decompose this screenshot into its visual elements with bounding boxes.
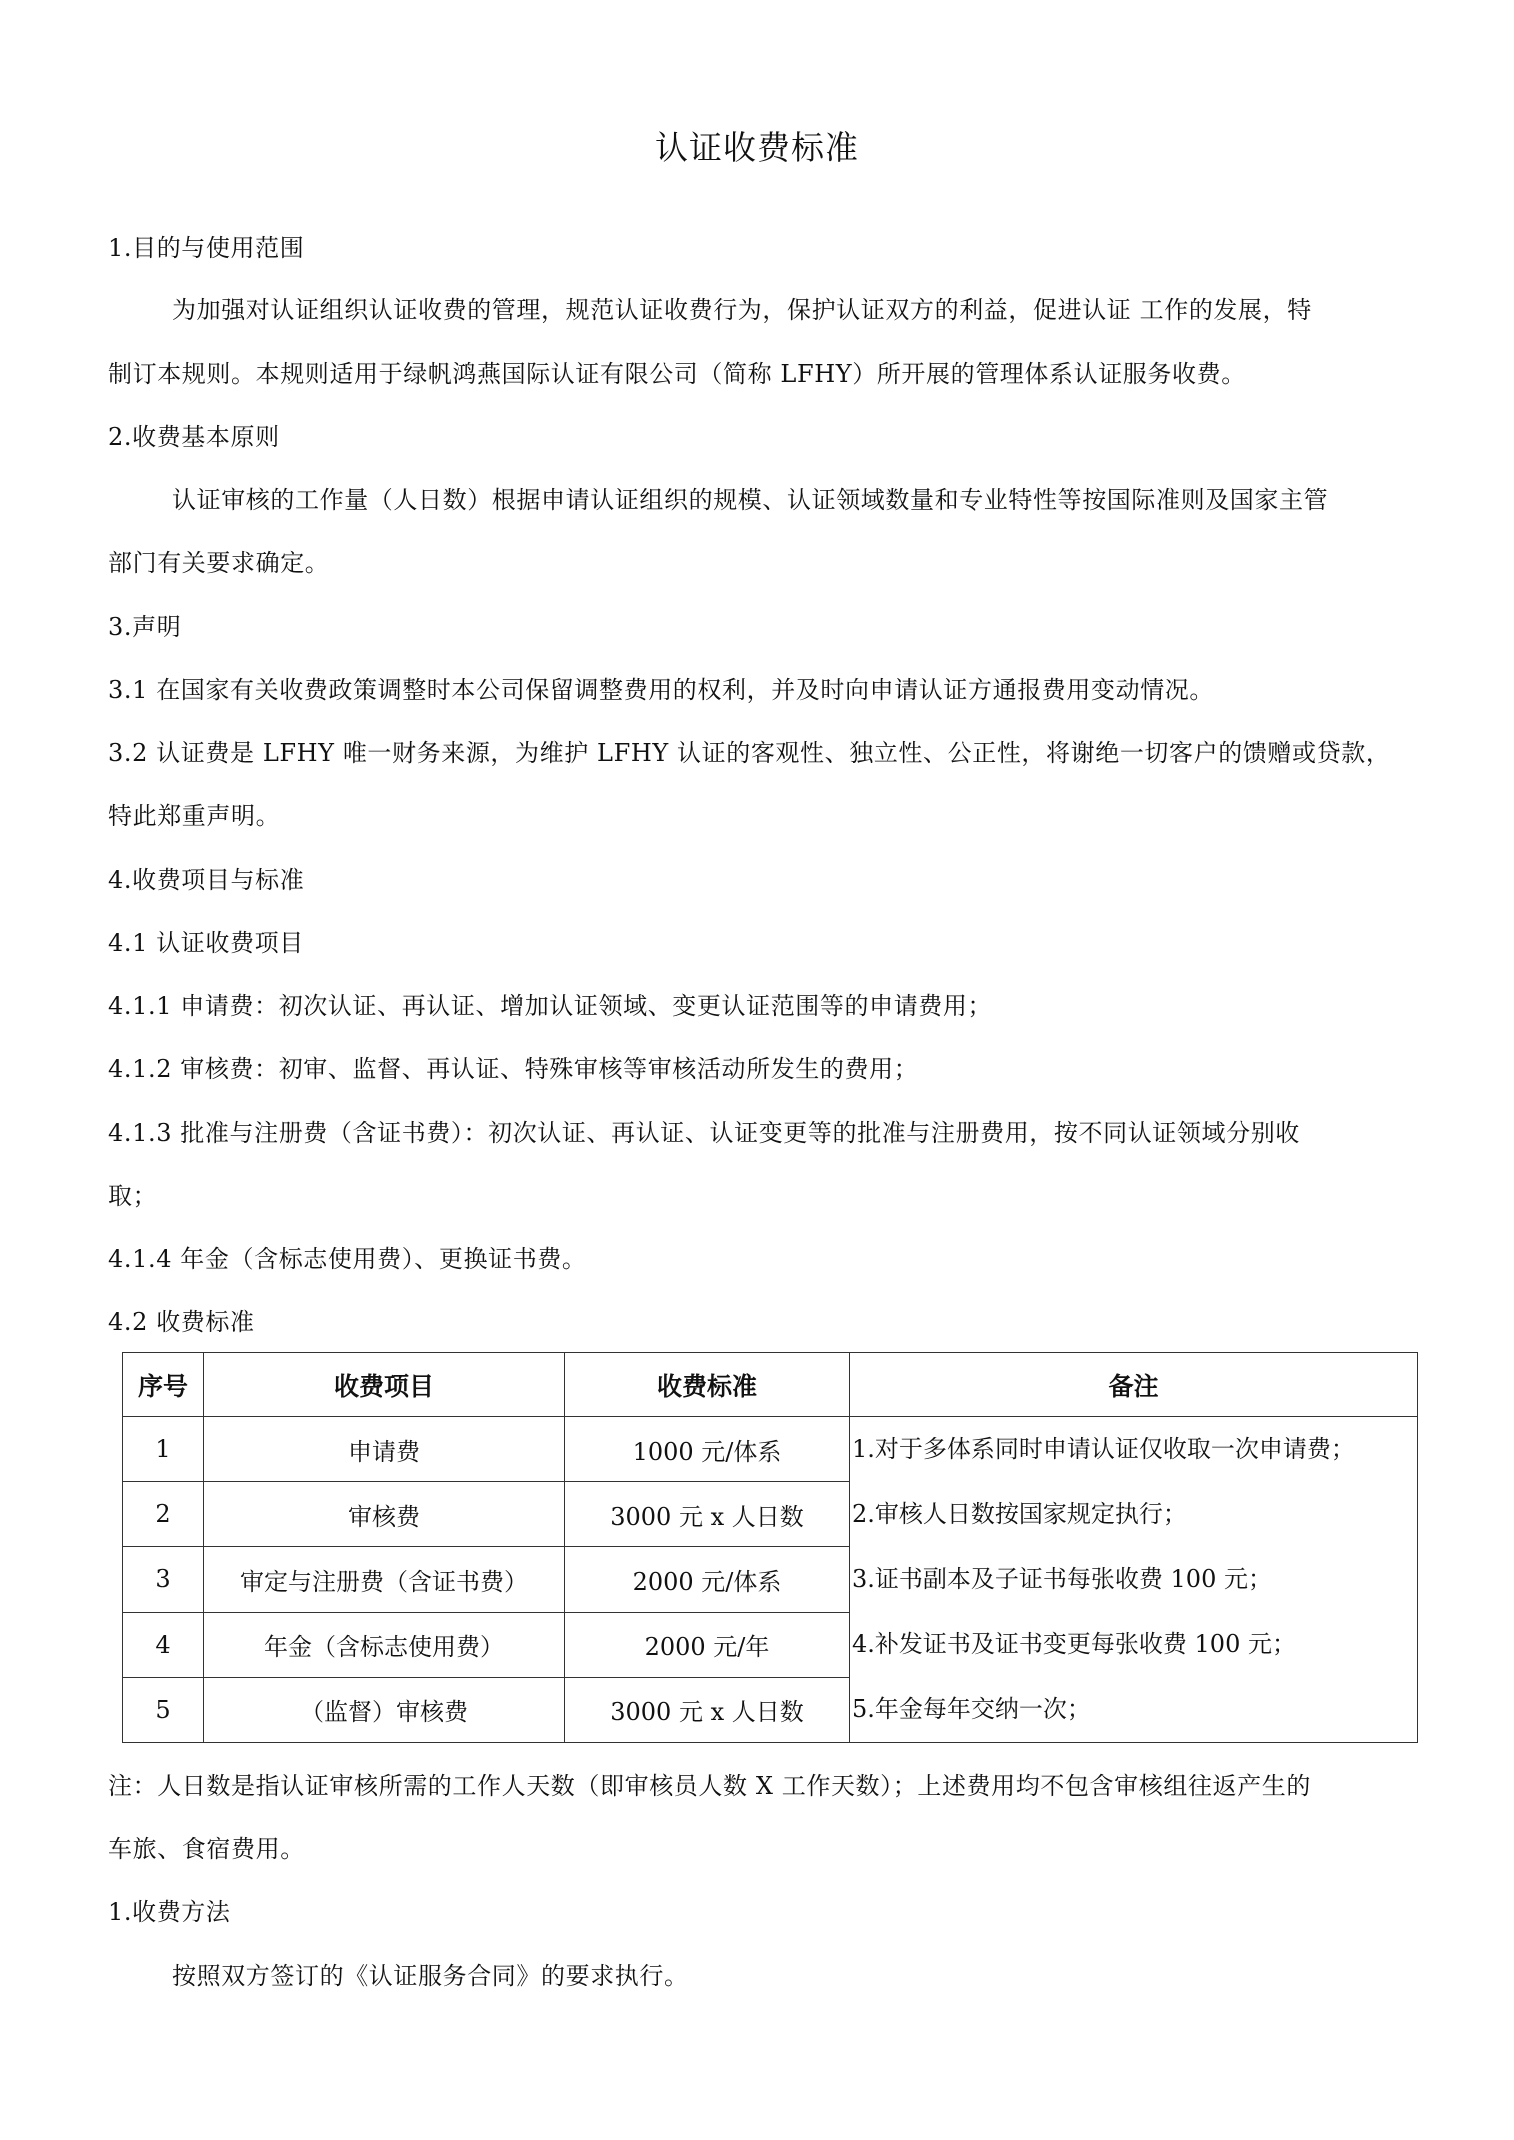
cell-standard: 3000 元 x 人日数 (565, 1677, 850, 1742)
cell-notes: 1.对于多体系同时申请认证仅收取一次申请费；2.审核人日数按国家规定执行；3.证… (850, 1417, 1418, 1743)
paragraph-line: 1.目的与使用范围 (108, 228, 1428, 263)
paragraph-line: 车旅、食宿费用。 (108, 1829, 1428, 1864)
header-no: 序号 (123, 1353, 204, 1417)
paragraph-line: 3.2 认证费是 LFHY 唯一财务来源，为维护 LFHY 认证的客观性、独立性… (108, 733, 1428, 768)
paragraph-line: 注：人日数是指认证审核所需的工作人天数（即审核员人数 X 工作天数）；上述费用均… (108, 1766, 1428, 1801)
cell-no: 1 (123, 1417, 204, 1482)
cell-standard: 1000 元/体系 (565, 1417, 850, 1482)
paragraph-line: 4.1.2 审核费：初审、监督、再认证、特殊审核等审核活动所发生的费用； (108, 1049, 1428, 1084)
cell-no: 4 (123, 1612, 204, 1677)
cell-item: （监督）审核费 (204, 1677, 565, 1742)
paragraph-line: 4.1.1 申请费：初次认证、再认证、增加认证领域、变更认证范围等的申请费用； (108, 986, 1428, 1021)
paragraph-line: 4.2 收费标准 (108, 1302, 1428, 1337)
cell-no: 5 (123, 1677, 204, 1742)
paragraph-line: 取； (108, 1176, 1428, 1211)
paragraph-line: 4.1.4 年金（含标志使用费）、更换证书费。 (108, 1239, 1428, 1274)
cell-standard: 2000 元/年 (565, 1612, 850, 1677)
cell-standard: 3000 元 x 人日数 (565, 1482, 850, 1547)
note-item: 5.年金每年交纳一次； (850, 1677, 1417, 1742)
paragraph-line: 为加强对认证组织认证收费的管理，规范认证收费行为，保护认证双方的利益，促进认证 … (172, 290, 1492, 325)
paragraph-line: 按照双方签订的《认证服务合同》的要求执行。 (172, 1956, 1492, 1991)
header-item: 收费项目 (204, 1353, 565, 1417)
table-row: 1申请费1000 元/体系1.对于多体系同时申请认证仅收取一次申请费；2.审核人… (123, 1417, 1418, 1482)
paragraph-line: 4.1.3 批准与注册费（含证书费）：初次认证、再认证、认证变更等的批准与注册费… (108, 1113, 1428, 1148)
cell-no: 2 (123, 1482, 204, 1547)
paragraph-line: 1.收费方法 (108, 1892, 1428, 1927)
cell-item: 审核费 (204, 1482, 565, 1547)
document-page: 认证收费标准 1.目的与使用范围为加强对认证组织认证收费的管理，规范认证收费行为… (0, 0, 1514, 2140)
note-item: 4.补发证书及证书变更每张收费 100 元； (850, 1612, 1417, 1677)
paragraph-line: 特此郑重声明。 (108, 796, 1428, 831)
paragraph-line: 2.收费基本原则 (108, 417, 1428, 452)
note-item: 2.审核人日数按国家规定执行； (850, 1482, 1417, 1547)
table-header-row: 序号 收费项目 收费标准 备注 (123, 1353, 1418, 1417)
cell-standard: 2000 元/体系 (565, 1547, 850, 1612)
paragraph-line: 3.声明 (108, 607, 1428, 642)
cell-item: 审定与注册费（含证书费） (204, 1547, 565, 1612)
fee-table: 序号 收费项目 收费标准 备注 1申请费1000 元/体系1.对于多体系同时申请… (122, 1352, 1418, 1743)
cell-no: 3 (123, 1547, 204, 1612)
note-item: 1.对于多体系同时申请认证仅收取一次申请费； (850, 1417, 1417, 1482)
header-standard: 收费标准 (565, 1353, 850, 1417)
fee-table-body: 1申请费1000 元/体系1.对于多体系同时申请认证仅收取一次申请费；2.审核人… (123, 1417, 1418, 1743)
note-item: 3.证书副本及子证书每张收费 100 元； (850, 1547, 1417, 1612)
paragraph-line: 4.收费项目与标准 (108, 860, 1428, 895)
cell-item: 申请费 (204, 1417, 565, 1482)
cell-item: 年金（含标志使用费） (204, 1612, 565, 1677)
paragraph-line: 制订本规则。本规则适用于绿帆鸿燕国际认证有限公司（简称 LFHY）所开展的管理体… (108, 354, 1428, 389)
paragraph-line: 3.1 在国家有关收费政策调整时本公司保留调整费用的权利，并及时向申请认证方通报… (108, 670, 1428, 705)
page-title: 认证收费标准 (0, 122, 1514, 169)
paragraph-line: 4.1 认证收费项目 (108, 923, 1428, 958)
header-notes: 备注 (850, 1353, 1418, 1417)
paragraph-line: 部门有关要求确定。 (108, 543, 1428, 578)
paragraph-line: 认证审核的工作量（人日数）根据申请认证组织的规模、认证领域数量和专业特性等按国际… (172, 480, 1492, 515)
